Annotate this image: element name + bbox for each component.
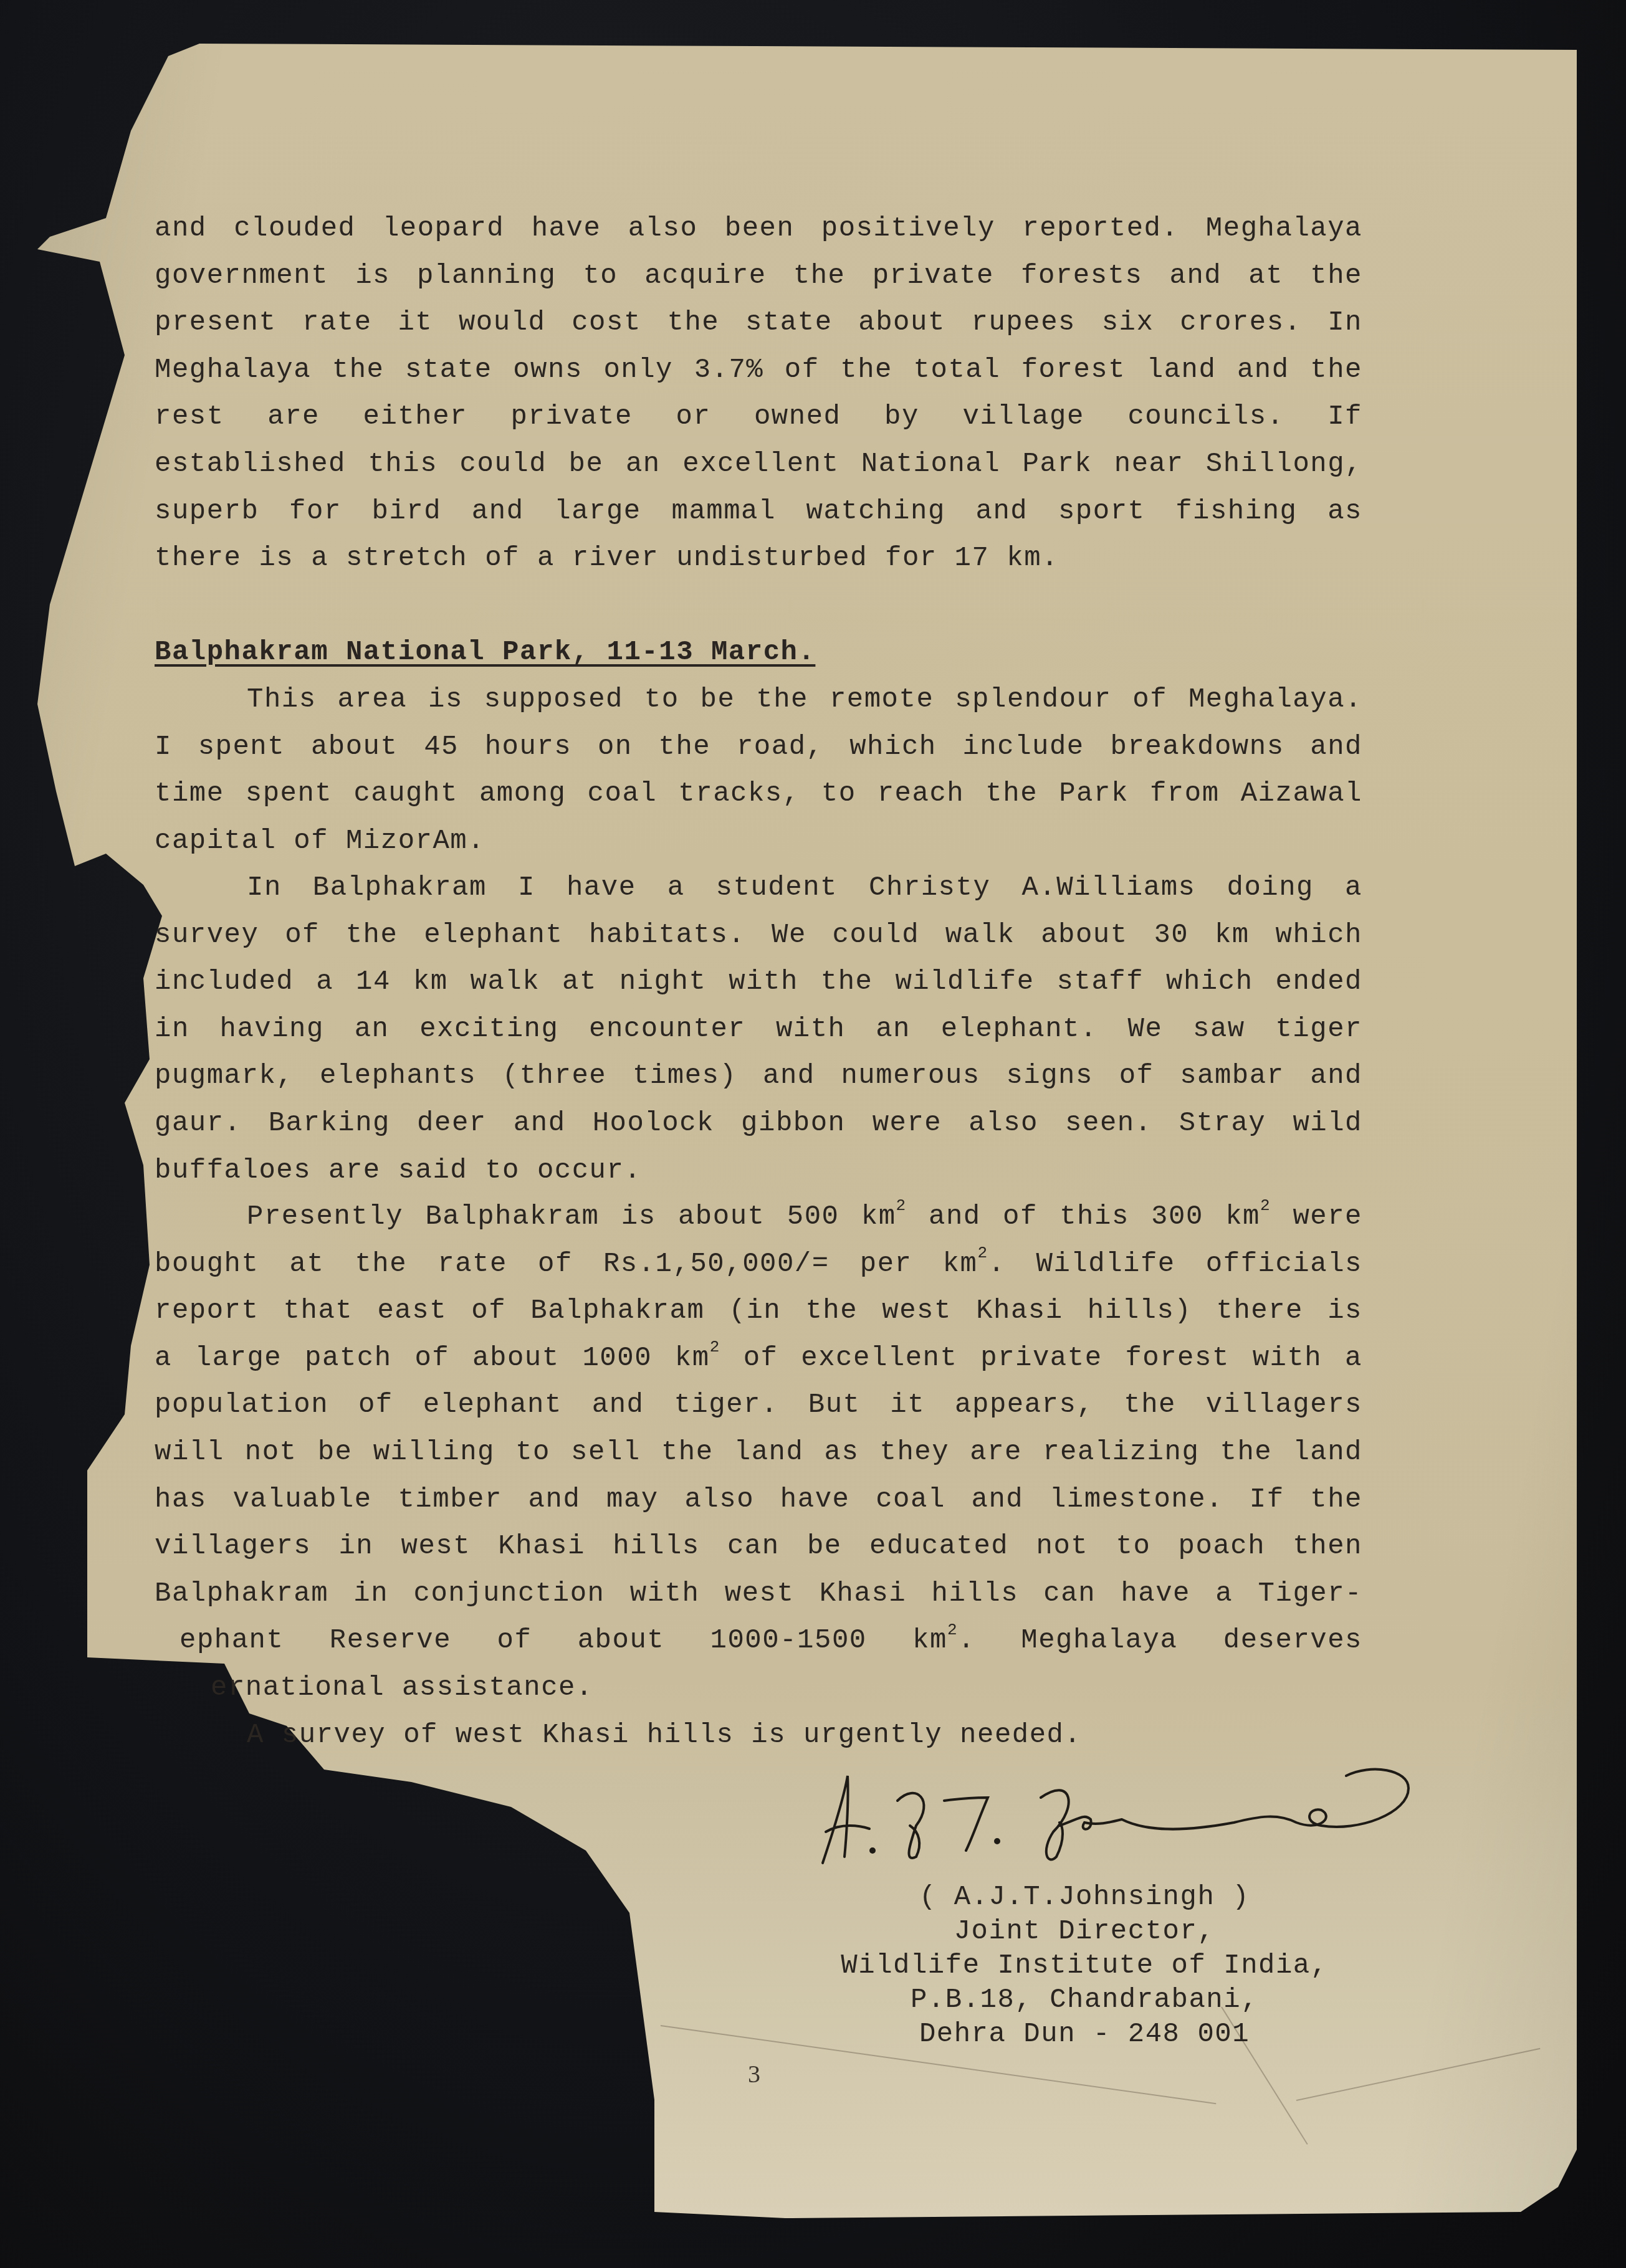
text-line: population of elephant and tiger. But it… — [155, 1382, 1362, 1429]
handwritten-signature — [810, 1763, 1465, 1869]
text-line: Balphakram in conjunction with west Khas… — [155, 1571, 1362, 1618]
text-line: and clouded leopard have also been posit… — [155, 206, 1362, 253]
text-line: Meghalaya the state owns only 3.7% of th… — [155, 347, 1362, 394]
text-line: included a 14 km walk at night with the … — [155, 959, 1362, 1006]
paragraph-survey: In Balphakram I have a student Christy A… — [155, 865, 1362, 1194]
text-line: has valuable timber and may also have co… — [155, 1477, 1362, 1524]
signatory-title: Joint Director, — [773, 1915, 1396, 1949]
text-line: In Balphakram I have a student Christy A… — [155, 865, 1362, 912]
text-line: present rate it would cost the state abo… — [155, 300, 1362, 347]
page-number: 3 — [748, 2059, 760, 2089]
text-line: A survey of west Khasi hills is urgently… — [155, 1712, 1362, 1760]
text-line: This area is supposed to be the remote s… — [155, 677, 1362, 724]
signatory-name: ( A.J.T.Johnsingh ) — [773, 1880, 1396, 1915]
institution-name: Wildlife Institute of India, — [773, 1949, 1396, 1983]
text-line: there is a stretch of a river undisturbe… — [155, 535, 1362, 583]
address-line-2: Dehra Dun - 248 001 — [773, 2018, 1396, 2052]
text-line: report that east of Balphakram (in the w… — [155, 1288, 1362, 1335]
signature-block: ( A.J.T.Johnsingh ) Joint Director, Wild… — [773, 1880, 1396, 2052]
text-line: will not be willing to sell the land as … — [155, 1429, 1362, 1477]
text-line: time spent caught among coal tracks, to … — [155, 771, 1362, 818]
text-line: capital of MizorAm. — [155, 818, 1362, 865]
paragraph-land: Presently Balphakram is about 500 km2 an… — [155, 1194, 1362, 1712]
text-line: gaur. Barking deer and Hoolock gibbon we… — [155, 1100, 1362, 1148]
text-line: buffaloes are said to occur. — [155, 1148, 1362, 1195]
text-line: ernational assistance. — [155, 1665, 1362, 1712]
text-line: villagers in west Khasi hills can be edu… — [155, 1523, 1362, 1571]
text-line: bought at the rate of Rs.1,50,000/= per … — [155, 1241, 1362, 1289]
text-line: rest are either private or owned by vill… — [155, 394, 1362, 441]
paper-crease — [1296, 2048, 1541, 2101]
section-heading: Balphakram National Park, 11-13 March. — [155, 629, 1362, 677]
address-line-1: P.B.18, Chandrabani, — [773, 1983, 1396, 2018]
paragraph-travel: This area is supposed to be the remote s… — [155, 677, 1362, 865]
section-heading-block: Balphakram National Park, 11-13 March. — [155, 629, 1362, 677]
text-line: government is planning to acquire the pr… — [155, 253, 1362, 300]
intro-paragraph: and clouded leopard have also been posit… — [155, 206, 1362, 583]
text-line: I spent about 45 hours on the road, whic… — [155, 724, 1362, 771]
text-line: established this could be an excellent N… — [155, 441, 1362, 488]
text-line: pugmark, elephants (three times) and num… — [155, 1053, 1362, 1100]
text-line: Presently Balphakram is about 500 km2 an… — [155, 1194, 1362, 1241]
text-line: ephant Reserve of about 1000-1500 km2. M… — [155, 1618, 1362, 1665]
text-line: a large patch of about 1000 km2 of excel… — [155, 1335, 1362, 1383]
text-line: survey of the elephant habitats. We coul… — [155, 912, 1362, 960]
paragraph-recommendation: A survey of west Khasi hills is urgently… — [155, 1712, 1362, 1760]
text-line: superb for bird and large mammal watchin… — [155, 488, 1362, 536]
text-line: in having an exciting encounter with an … — [155, 1006, 1362, 1054]
